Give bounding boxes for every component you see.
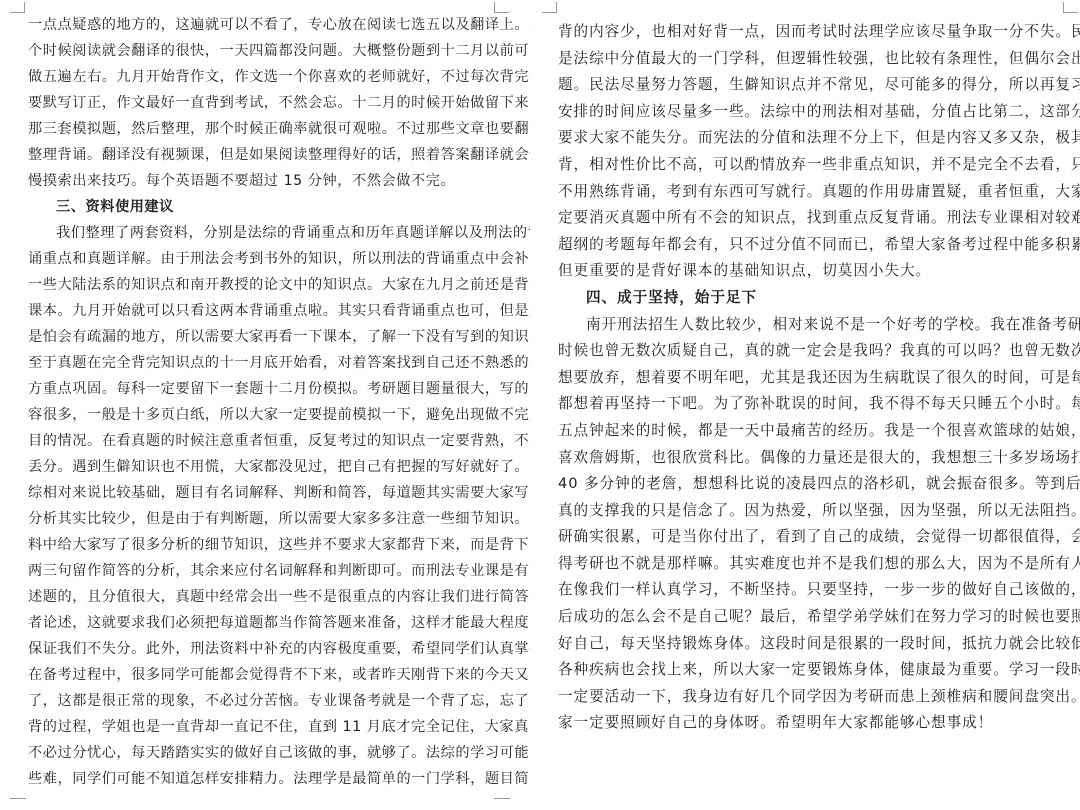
text-line: 了，这都是很正常的现象，不必过分苦恼。专业课备考就是一个背了忘，忘了再 <box>28 688 498 714</box>
crop-mark-bottom-left <box>10 798 26 809</box>
text-line: 定要消灭真题中所有不会的知识点，找到重点反复背诵。刑法专业课相对较难， <box>558 205 1068 232</box>
text-line: 研确实很累，可是当你付出了，看到了自己的成绩，会觉得一切都很值得，会觉 <box>558 524 1068 551</box>
text-line: 料中给大家写了很多分析的细节知识，这些并不要求大家都背下来，而是背下来 <box>28 532 498 558</box>
text-line: 课本。九月开始就可以只看这两本背诵重点啦。其实只看背诵重点也可，但是还 <box>28 298 498 324</box>
text-line: 背，相对性价比不高，可以酌情放弃一些非重点知识，并不是完全不去看，只是 <box>558 152 1068 179</box>
crop-mark-bottom-right <box>494 798 510 809</box>
text-line: 是法综中分值最大的一门学科，但逻辑性较强，也比较有条理性，但偶尔会出难 <box>558 46 1068 73</box>
text-line: 不用熟练背诵，考到有东西可写就行。真题的作用毋庸置疑，重者恒重，大家一 <box>558 179 1068 206</box>
text-line: 整理背诵。翻译没有视频课，但是如果阅读整理得好的话，照着答案翻译就会慢 <box>28 142 498 168</box>
text-line: 后成功的怎么会不是自己呢？最后，希望学弟学妹们在努力学习的时候也要照顾 <box>558 604 1068 631</box>
text-line: 真的支撑我的只是信念了。因为热爱，所以坚强，因为坚强，所以无法阻挡。考 <box>558 498 1068 525</box>
text-line: 南开刑法招生人数比较少，相对来说不是一个好考的学校。我在准备考研的 <box>558 312 1068 339</box>
text-line: 分析其实比较少，但是由于有判断题，所以需要大家多多注意一些细节知识。资 <box>28 506 498 532</box>
text-line: 在备考过程中，很多同学可能都会觉得背不下来，或者昨天刚背下来的今天又忘 <box>28 662 498 688</box>
text-line: 想要放弃，想着要不明年吧，尤其是我还因为生病耽误了很久的时间，可是每次 <box>558 365 1068 392</box>
text-line: 目的情况。在看真题的时候注意重者恒重，反复考过的知识点一定要背熟，不要 <box>28 428 498 454</box>
text-line: 一些大陆法系的知识点和南开教授的论文中的知识点。大家在九月之前还是背看 <box>28 272 498 298</box>
text-line: 在像我们一样认真学习，不断坚持。只要坚持，一步一步的做好自己该做的，最 <box>558 577 1068 604</box>
text-line: 好自己，每天坚持锻炼身体。这段时间是很累的一段时间，抵抗力就会比较低， <box>558 631 1068 658</box>
text-line: 背的内容少，也相对好背一点，因而考试时法理学应该尽量争取一分不失。民法 <box>558 19 1068 46</box>
text-line: 丢分。遇到生僻知识也不用慌，大家都没见过，把自己有把握的写好就好了。法 <box>28 454 498 480</box>
right-page-body: 背的内容少，也相对好背一点，因而考试时法理学应该尽量争取一分不失。民法是法综中分… <box>558 19 1068 737</box>
text-line: 40 多分钟的老詹，想想科比说的凌晨四点的洛杉矶，就会振奋很多。等到后期 <box>558 471 1068 498</box>
text-line: 喜欢詹姆斯，也很欣赏科比。偶像的力量还是很大的，我想想三十多岁场场打 <box>558 445 1068 472</box>
text-line: 些难，同学们可能不知道怎样安排精力。法理学是最简单的一门学科，题目简单， <box>28 766 498 792</box>
text-line: 至于真题在完全背完知识点的十一月底开始看，对着答案找到自己还不熟悉的地 <box>28 350 498 376</box>
text-line: 五点钟起来的时候，都是一天中最痛苦的经历。我是一个很喜欢篮球的姑娘，最 <box>558 418 1068 445</box>
text-line: 安排的时间应该尽量多一些。法综中的刑法相对基础，分值占比第二，这部分也 <box>558 99 1068 126</box>
crop-mark-top-left <box>542 2 557 13</box>
text-line: 家一定要照顾好自己的身体呀。希望明年大家都能够心想事成！ <box>558 710 1068 737</box>
text-line: 但更重要的是背好课本的基础知识点，切莫因小失大。 <box>558 258 1068 285</box>
document-page-left: 一点点疑惑的地方的，这遍就可以不看了，专心放在阅读七选五以及翻译上。这个时候阅读… <box>0 0 525 810</box>
text-line: 诵重点和真题详解。由于刑法会考到书外的知识，所以刑法的背诵重点中会补充 <box>28 246 498 272</box>
text-line: 都想着再坚持一下吧。为了弥补耽误的时间，我不得不每天只睡五个小时。每天 <box>558 391 1068 418</box>
text-line: 得考研也不就是那样嘛。其实难度也并不是我们想的那么大，因为不是所有人都 <box>558 551 1068 578</box>
text-line: 时候也曾无数次质疑自己，真的就一定会是我吗？我真的可以吗？也曾无数次的 <box>558 338 1068 365</box>
text-line: 各种疾病也会找上来，所以大家一定要锻炼身体，健康最为重要。学习一段时间 <box>558 657 1068 684</box>
text-line: 慢摸索出来技巧。每个英语题不要超过 15 分钟，不然会做不完。 <box>28 168 498 194</box>
text-line: 保证我们不失分。此外，刑法资料中补充的内容极度重要，希望同学们认真掌握。 <box>28 636 498 662</box>
crop-mark-top-left <box>10 2 25 13</box>
text-line: 要求大家不能失分。而宪法的分值和法理不分上下，但是内容又多又杂，极其难 <box>558 125 1068 152</box>
text-line: 背的过程，学姐也是一直背却一直记不住，直到 11 月底才完全记住，大家真的 <box>28 714 498 740</box>
text-line: 是怕会有疏漏的地方，所以需要大家再看一下课本，了解一下没有写到的知识点。 <box>28 324 498 350</box>
document-page-right: 背的内容少，也相对好背一点，因而考试时法理学应该尽量争取一分不失。民法是法综中分… <box>530 0 1080 810</box>
text-line: 方重点巩固。每科一定要留下一套题十二月份模拟。考研题目题量很大，写的内 <box>28 376 498 402</box>
left-page-body: 一点点疑惑的地方的，这遍就可以不看了，专心放在阅读七选五以及翻译上。这个时候阅读… <box>28 12 498 792</box>
text-line: 两三句留作简答的分析，其余来应付名词解释和判断即可。而刑法专业课是有论 <box>28 558 498 584</box>
crop-mark-top-right <box>1063 2 1078 13</box>
text-line: 述题的，且分值很大，真题中经常会出一些不是很重点的内容让我们进行简答或 <box>28 584 498 610</box>
text-line: 那三套模拟题，然后整理，那个时候正确率就很可观啦。不过那些文章也要翻译 <box>28 116 498 142</box>
text-line: 容很多，一般是十多页白纸，所以大家一定要提前模拟一下，避免出现做不完题 <box>28 402 498 428</box>
text-line: 做五遍左右。九月开始背作文，作文选一个你喜欢的老师就好，不过每次背完都 <box>28 64 498 90</box>
text-line: 综相对来说比较基础，题目有名词解释、判断和简答，每道题其实需要大家写的 <box>28 480 498 506</box>
text-line: 者论述，这就要求我们必须把每道题都当作简答题来准备，这样才能最大程度的 <box>28 610 498 636</box>
text-line: 要默写订正，作文最好一直背到考试，不然会忘。十二月的时候开始做留下来的 <box>28 90 498 116</box>
text-line: 超纲的考题每年都会有，只不过分值不同而已，希望大家备考过程中能多积累， <box>558 232 1068 259</box>
text-line: 一定要活动一下，我身边有好几个同学因为考研而患上颈椎病和腰间盘突出。大 <box>558 684 1068 711</box>
text-line: 我们整理了两套资料，分别是法综的背诵重点和历年真题详解以及刑法的背 <box>28 220 498 246</box>
text-line: 题。民法尽量努力答题，生僻知识点并不常见，尽可能多的得分，所以再复习中 <box>558 72 1068 99</box>
text-line: 不必过分忧心，每天踏踏实实的做好自己该做的事，就够了。法综的学习可能有 <box>28 740 498 766</box>
section-heading: 四、成于坚持，始于足下 <box>558 285 1068 312</box>
section-heading: 三、资料使用建议 <box>28 194 498 220</box>
text-line: 一点点疑惑的地方的，这遍就可以不看了，专心放在阅读七选五以及翻译上。这 <box>28 12 498 38</box>
text-line: 个时候阅读就会翻译的很快，一天四篇都没问题。大概整份题到十二月以前可以 <box>28 38 498 64</box>
